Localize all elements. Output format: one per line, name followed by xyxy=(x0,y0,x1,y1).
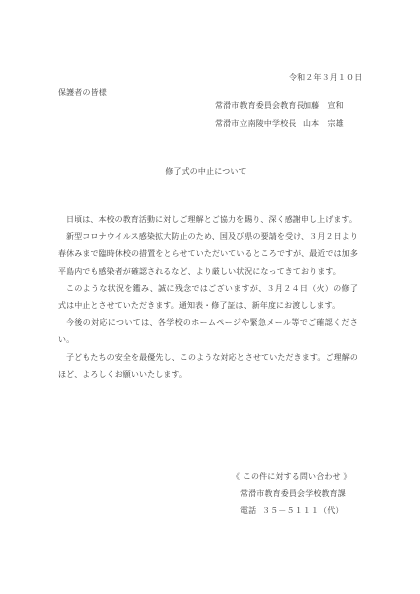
paragraph-background: 新型コロナウイルス感染拡大防止のため、国及び県の要請を受け、３月２日より春休みま… xyxy=(58,228,358,280)
sender-name-2: 山本 宗雄 xyxy=(303,119,344,129)
paragraph-greeting: 日頃は、本校の教育活動に対しご理解とご協力を賜り、深く感謝申し上げます。 xyxy=(58,211,358,228)
addressee: 保護者の皆様 xyxy=(58,88,107,98)
contact-department: 常滑市教育委員会学校教育課 xyxy=(240,489,346,499)
paragraph-cancellation: このような状況を鑑み、誠に残念ではございますが、３月２４日（火）の修了式は中止と… xyxy=(58,280,358,314)
sender-organization-1: 常滑市教育委員会教育長 xyxy=(215,101,305,111)
letter-date: 令和２年３月１０日 xyxy=(289,73,362,83)
letter-body: 日頃は、本校の教育活動に対しご理解とご協力を賜り、深く感謝申し上げます。 新型コ… xyxy=(58,211,358,383)
phone-label: 電話 xyxy=(240,506,262,516)
sender-organization-2: 常滑市立南陵中学校長 xyxy=(215,119,297,129)
contact-heading: 《 この件に対する問い合わせ 》 xyxy=(232,472,351,482)
sender-name-1: 加藤 宣和 xyxy=(303,101,344,111)
contact-phone: 電話３５－５１１１（代） xyxy=(240,506,344,516)
letter-title: 修了式の中止について xyxy=(0,167,412,177)
paragraph-future-response: 今後の対応については、各学校のホームページや緊急メール等でご確認ください。 xyxy=(58,314,358,348)
phone-number: ３５－５１１１（代） xyxy=(262,506,344,515)
paragraph-closing: 子どもたちの安全を最優先し、このような対応とさせていただきます。ご理解のほど、よ… xyxy=(58,349,358,383)
